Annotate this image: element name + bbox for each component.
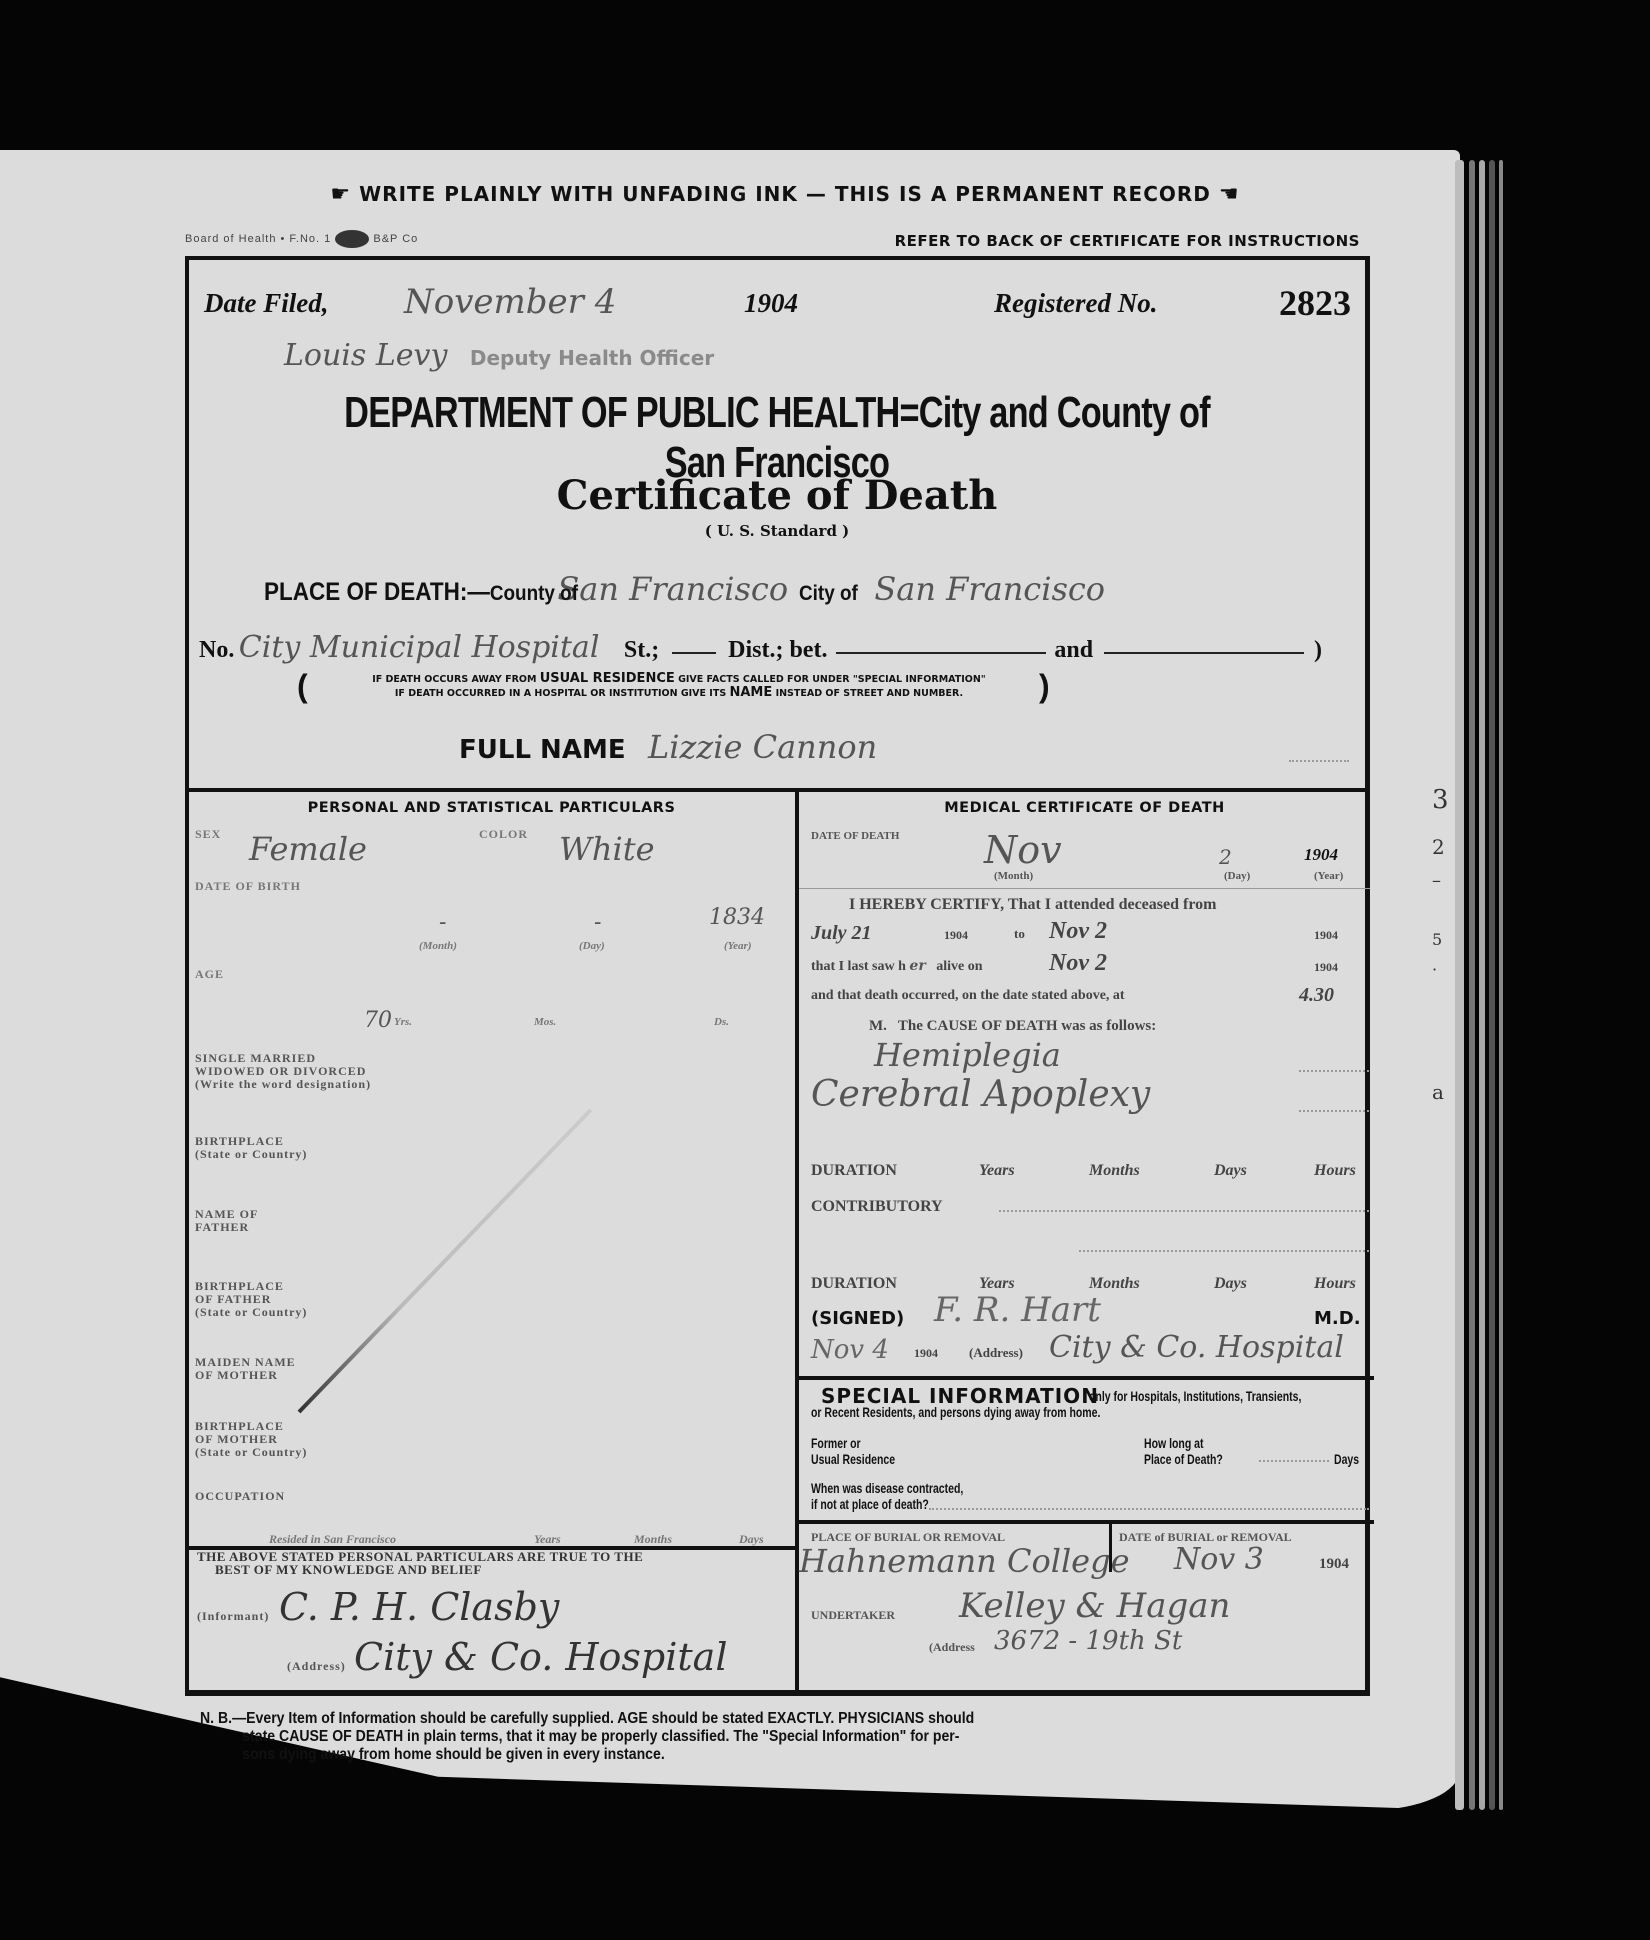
burial-date-value: Nov 3	[1174, 1542, 1264, 1577]
dob-day-value: -	[594, 910, 601, 935]
street-label: St.;	[624, 637, 659, 663]
margin-note: ·	[1432, 960, 1437, 979]
personal-heading: PERSONAL AND STATISTICAL PARTICULARS	[189, 800, 794, 816]
marital-status-label: SINGLE MARRIED WIDOWED OR DIVORCED (Writ…	[195, 1052, 371, 1091]
burial-place-value: Hahnemann College	[799, 1542, 1130, 1580]
permanent-record-banner: ☛ WRITE PLAINLY WITH UNFADING INK — THIS…	[240, 182, 1330, 207]
physician-address-label: (Address)	[969, 1345, 1023, 1361]
registered-no-label: Registered No.	[994, 288, 1157, 319]
margin-note: 3	[1432, 785, 1449, 815]
how-long-label: How long atPlace of Death?	[1144, 1435, 1223, 1467]
death-time-value: 4.30	[1299, 984, 1334, 1007]
death-time-label: and that death occurred, on the date sta…	[811, 988, 1125, 1004]
margin-note: 5	[1432, 930, 1442, 949]
undertaker-address-value: 3672 - 19th St	[994, 1626, 1182, 1656]
informant-name: C. P. H. Clasby	[279, 1585, 559, 1629]
attended-to-value: Nov 2	[1049, 918, 1107, 945]
cause-of-death-label: M. The CAUSE OF DEATH was as follows:	[869, 1018, 1156, 1035]
md-label: M.D.	[1314, 1308, 1361, 1329]
medical-certificate-section: MEDICAL CERTIFICATE OF DEATH DATE OF DEA…	[795, 790, 1370, 1690]
health-officer-stamp: Louis Levy Deputy Health Officer	[284, 338, 714, 373]
pointing-hand-right-icon: ☛	[330, 182, 351, 207]
no-label: No.	[199, 637, 234, 663]
death-month-value: Nov	[984, 828, 1062, 872]
duration-label: DURATION	[811, 1162, 897, 1180]
physician-signature: F. R. Hart	[934, 1290, 1101, 1330]
officer-signature: Louis Levy	[284, 338, 447, 373]
union-seal-icon	[335, 230, 369, 248]
attended-from-value: July 21	[811, 922, 872, 945]
and-label: and	[1054, 637, 1093, 663]
undertaker-value: Kelley & Hagan	[959, 1586, 1230, 1626]
color-value: White	[559, 830, 655, 868]
banner-text: WRITE PLAINLY WITH UNFADING INK — THIS I…	[359, 182, 1211, 206]
color-label: COLOR	[479, 828, 528, 841]
cause-of-death-primary: Hemiplegia	[874, 1036, 1061, 1074]
informant-address-label: (Address)	[287, 1660, 346, 1673]
burial-year-value: 1904	[1319, 1556, 1349, 1573]
certificate-subtitle: ( U. S. Standard )	[189, 522, 1365, 540]
date-filed-value: November 4	[404, 282, 616, 322]
registered-no-value: 2823	[1279, 282, 1351, 324]
sex-label: SEX	[195, 828, 221, 841]
book-page-edges	[1455, 160, 1515, 1810]
age-years-value: 70	[364, 1008, 392, 1033]
certificate-frame: Date Filed, November 4 1904 Registered N…	[185, 256, 1370, 1696]
cause-of-death-secondary: Cerebral Apoplexy	[811, 1074, 1150, 1115]
date-of-birth-label: DATE OF BIRTH	[195, 880, 301, 893]
city-value: San Francisco	[874, 570, 1105, 608]
informant-statement: THE ABOVE STATED PERSONAL PARTICULARS AR…	[197, 1550, 787, 1576]
date-filed-year: 1904	[744, 288, 798, 319]
full-name-row: FULL NAME Lizzie Cannon	[459, 728, 877, 766]
margin-note: –	[1432, 870, 1441, 891]
undertaker-address-label: (Address	[929, 1640, 975, 1655]
signed-date-value: Nov 4	[811, 1335, 889, 1365]
death-day-value: 2	[1219, 845, 1232, 869]
date-of-death-label: DATE OF DEATH	[811, 830, 899, 842]
date-filed-row: Date Filed, November 4 1904 Registered N…	[204, 282, 1354, 332]
father-birthplace-label: BIRTHPLACE OF FATHER (State or Country)	[195, 1280, 307, 1319]
duration-label-2: DURATION	[811, 1275, 897, 1293]
certificate-title: Certificate of Death	[189, 472, 1365, 519]
certify-statement: I HEREBY CERTIFY, That I attended deceas…	[849, 896, 1216, 914]
margin-note: a	[1432, 1080, 1444, 1104]
physician-address-value: City & Co. Hospital	[1049, 1330, 1344, 1365]
contributory-label: CONTRIBUTORY	[811, 1198, 943, 1216]
death-year-value: 1904	[1304, 845, 1338, 865]
last-saw-date-value: Nov 2	[1049, 950, 1107, 977]
birthplace-label: BIRTHPLACE (State or Country)	[195, 1135, 307, 1161]
nb-instructions: N. B.—Every Item of Information should b…	[200, 1710, 1168, 1764]
last-saw-label: that I last saw h er alive on	[811, 958, 982, 975]
mother-birthplace-label: BIRTHPLACE OF MOTHER (State or Country)	[195, 1420, 307, 1459]
full-name-value: Lizzie Cannon	[648, 728, 877, 766]
former-residence-label: Former orUsual Residence	[811, 1435, 895, 1467]
dob-month-value: -	[439, 910, 446, 935]
father-name-label: NAME OF FATHER	[195, 1208, 258, 1234]
pointing-hand-left-icon: ☚	[1219, 182, 1240, 207]
dob-year-value: 1834	[709, 905, 765, 930]
signed-label: (SIGNED)	[811, 1308, 904, 1329]
margin-note: 2	[1432, 835, 1445, 859]
refer-instructions: REFER TO BACK OF CERTIFICATE FOR INSTRUC…	[895, 232, 1360, 250]
district-label: Dist.; bet.	[728, 637, 827, 663]
county-value: San Francisco	[557, 570, 788, 608]
officer-title: Deputy Health Officer	[470, 346, 714, 370]
mother-maiden-name-label: MAIDEN NAME OF MOTHER	[195, 1356, 296, 1382]
city-label: City of	[799, 582, 858, 606]
special-info-scope: only for Hospitals, Institutions, Transi…	[1089, 1388, 1301, 1404]
sex-value: Female	[249, 830, 367, 868]
personal-particulars-section: PERSONAL AND STATISTICAL PARTICULARS SEX…	[189, 790, 794, 1550]
unknown-strike-line	[298, 1108, 593, 1413]
undertaker-label: UNDERTAKER	[811, 1608, 895, 1623]
date-filed-label: Date Filed,	[204, 288, 328, 319]
institution-value: City Municipal Hospital	[239, 630, 600, 665]
place-of-death-label: PLACE OF DEATH:—County of	[264, 578, 578, 607]
place-instructions: IF DEATH OCCURS AWAY FROM USUAL RESIDENC…	[319, 672, 1039, 700]
informant-label: (Informant)	[197, 1610, 269, 1623]
informant-address: City & Co. Hospital	[354, 1635, 727, 1679]
full-name-label: FULL NAME	[459, 735, 626, 765]
address-row: No. City Municipal Hospital St.; Dist.; …	[199, 630, 1359, 670]
occupation-label: OCCUPATION	[195, 1490, 285, 1503]
place-of-death-row: PLACE OF DEATH:—County of San Francisco …	[264, 570, 1364, 620]
medical-heading: MEDICAL CERTIFICATE OF DEATH	[799, 800, 1370, 816]
printer-mark: Board of Health • F.No. 1 B&P Co	[185, 230, 418, 248]
age-label: AGE	[195, 968, 224, 981]
